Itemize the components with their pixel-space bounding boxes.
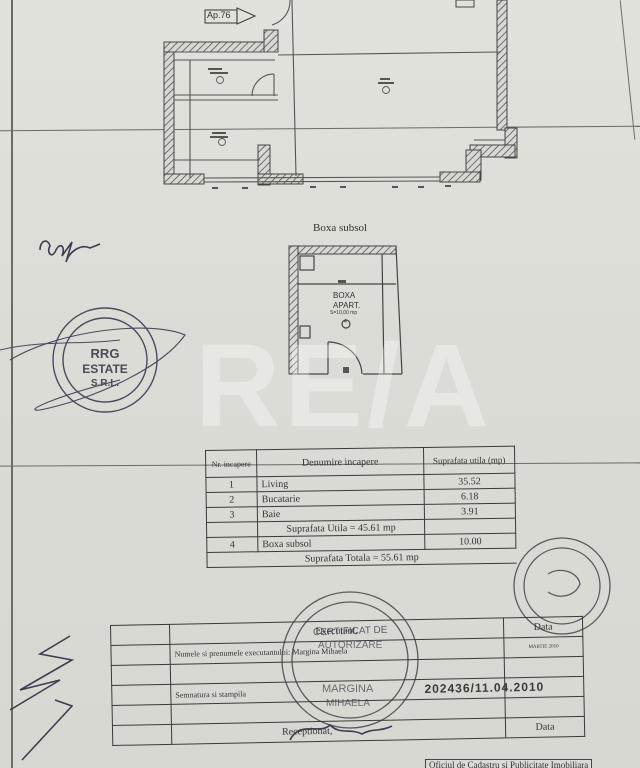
- blank-cell: [111, 664, 170, 685]
- row-area: 10.00: [425, 533, 516, 549]
- row-nr: 1: [206, 477, 257, 493]
- handwritten-note: Pet2: [36, 238, 64, 256]
- row-area: 6.18: [424, 488, 515, 504]
- signature-label: Semnatura si stampila: [175, 689, 246, 699]
- basement-room-label-1: BOXA: [333, 291, 355, 300]
- executant-date: MARTIE 2010: [504, 636, 583, 658]
- svg-text:RRG: RRG: [91, 346, 120, 361]
- row-area: 35.52: [424, 473, 515, 489]
- basement-room-label-2: APART.: [333, 301, 360, 310]
- header-nr: Nr. incapere: [206, 450, 257, 478]
- row-area: 3.91: [424, 503, 515, 519]
- basement-title: Boxa subsol: [313, 222, 367, 234]
- svg-text:S.R.L.: S.R.L.: [91, 378, 120, 389]
- date-label: Data: [503, 616, 582, 638]
- blank-cell: [112, 724, 171, 745]
- receptionat-date-label: Data: [505, 716, 584, 738]
- header-area: Suprafata utila (mp): [423, 446, 514, 474]
- row-nr: 4: [207, 537, 258, 553]
- registration-number: 202436/11.04.2010: [424, 680, 544, 696]
- blank-cell: [112, 704, 171, 725]
- row-nr: 3: [206, 507, 257, 523]
- blank-cell: [504, 656, 583, 678]
- apartment-label: Ap.76: [207, 10, 231, 20]
- row-nr: 2: [206, 492, 257, 508]
- room-surface-table: Nr. incapere Denumire incapere Suprafata…: [205, 446, 517, 568]
- svg-text:ESTATE: ESTATE: [82, 362, 128, 376]
- table-header-row: Nr. incapere Denumire incapere Suprafata…: [206, 446, 515, 477]
- basement-room-area: S=10,00 mp: [330, 310, 357, 316]
- bottom-cut-text: Oficiul de Cadastru si Publicitate Imobi…: [425, 759, 592, 768]
- executant-table: Executant, Data Numele si prenumele exec…: [110, 616, 585, 746]
- watermark: RE/A: [195, 318, 493, 454]
- blank-cell: [424, 518, 515, 534]
- blank-cell: [112, 684, 171, 705]
- blank-cell: [111, 644, 170, 665]
- blank-cell: [505, 696, 584, 718]
- blank-cell: [207, 522, 258, 538]
- blank-cell: [111, 624, 170, 645]
- header-name: Denumire incapere: [257, 447, 424, 476]
